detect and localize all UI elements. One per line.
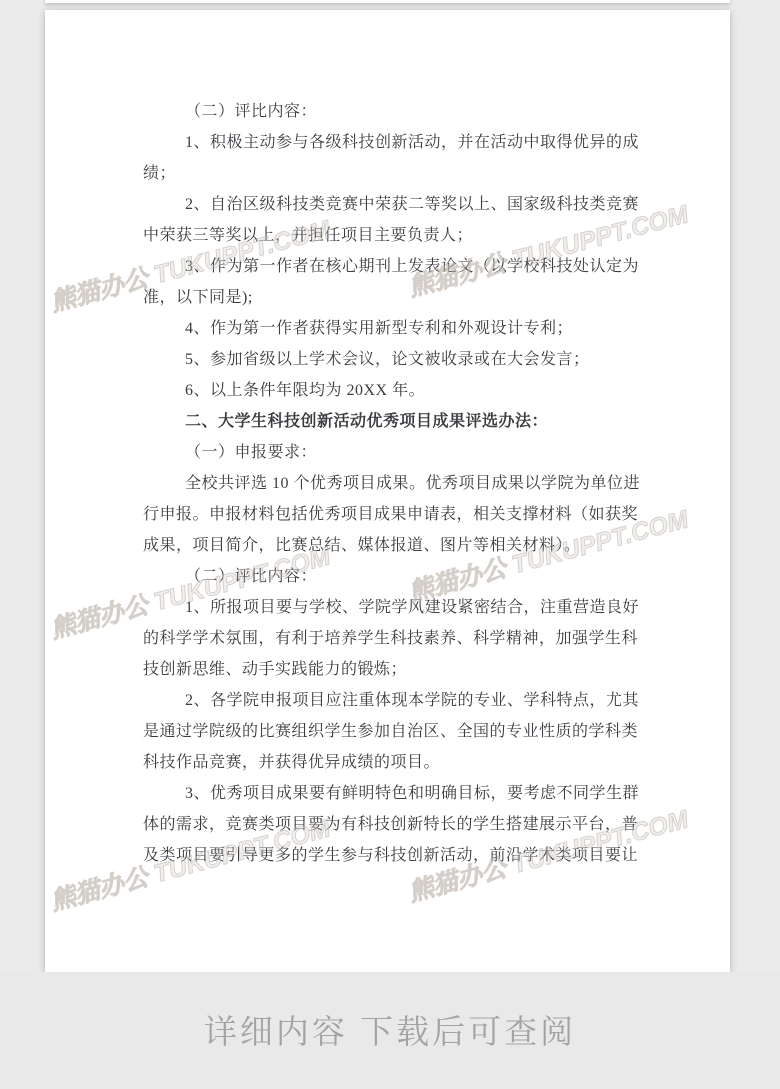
doc-line: 二、大学生科技创新活动优秀项目成果评选办法： xyxy=(143,406,688,437)
doc-line: 3、优秀项目成果要有鲜明特色和明确目标，要考虑不同学生群 xyxy=(143,778,688,809)
doc-line: 体的需求，竞赛类项目要为有科技创新特长的学生搭建展示平台，普 xyxy=(143,809,688,840)
doc-line: 2、各学院申报项目应注重体现本学院的专业、学科特点，尤其 xyxy=(143,685,688,716)
doc-line: 准，以下同是); xyxy=(143,282,688,313)
document-content: （二）评比内容：1、积极主动参与各级科技创新活动，并在活动中取得优异的成绩；2、… xyxy=(143,96,688,871)
doc-line: 1、所报项目要与学校、学院学风建设紧密结合，注重营造良好 xyxy=(143,592,688,623)
download-hint-text: 详细内容 下载后可查阅 xyxy=(204,1012,576,1052)
doc-line: 6、以上条件年限均为 20XX 年。 xyxy=(143,375,688,406)
doc-line: 中荣获三等奖以上，并担任项目主要负责人； xyxy=(143,220,688,251)
document-page: （二）评比内容：1、积极主动参与各级科技创新活动，并在活动中取得优异的成绩；2、… xyxy=(45,10,730,972)
doc-line: （二）评比内容： xyxy=(143,561,688,592)
doc-line: 及类项目要引导更多的学生参与科技创新活动，前沿学术类项目要让 xyxy=(143,840,688,871)
doc-line: 技创新思维、动手实践能力的锻炼； xyxy=(143,654,688,685)
doc-line: 科技作品竞赛，并获得优异成绩的项目。 xyxy=(143,747,688,778)
download-hint-bar: 详细内容 下载后可查阅 xyxy=(0,972,780,1089)
doc-line: 行申报。申报材料包括优秀项目成果申请表，相关支撑材料（如获奖 xyxy=(143,499,688,530)
doc-line: （一）申报要求： xyxy=(143,437,688,468)
doc-line: 1、积极主动参与各级科技创新活动，并在活动中取得优异的成 xyxy=(143,127,688,158)
doc-line: 是通过学院级的比赛组织学生参加自治区、全国的专业性质的学科类 xyxy=(143,716,688,747)
doc-line: 5、参加省级以上学术会议，论文被收录或在大会发言； xyxy=(143,344,688,375)
document-preview-area[interactable]: （二）评比内容：1、积极主动参与各级科技创新活动，并在活动中取得优异的成绩；2、… xyxy=(0,0,780,1089)
doc-line: 绩； xyxy=(143,158,688,189)
previous-page-edge xyxy=(45,0,730,3)
doc-line: 3、作为第一作者在核心期刊上发表论文（以学校科技处认定为 xyxy=(143,251,688,282)
doc-line: 4、作为第一作者获得实用新型专利和外观设计专利； xyxy=(143,313,688,344)
doc-line: 全校共评选 10 个优秀项目成果。优秀项目成果以学院为单位进 xyxy=(143,468,688,499)
doc-line: 的科学学术氛围，有利于培养学生科技素养、科学精神，加强学生科 xyxy=(143,623,688,654)
doc-line: 成果，项目简介，比赛总结、媒体报道、图片等相关材料）。 xyxy=(143,530,688,561)
doc-line: 2、自治区级科技类竞赛中荣获二等奖以上、国家级科技类竞赛 xyxy=(143,189,688,220)
doc-line: （二）评比内容： xyxy=(143,96,688,127)
